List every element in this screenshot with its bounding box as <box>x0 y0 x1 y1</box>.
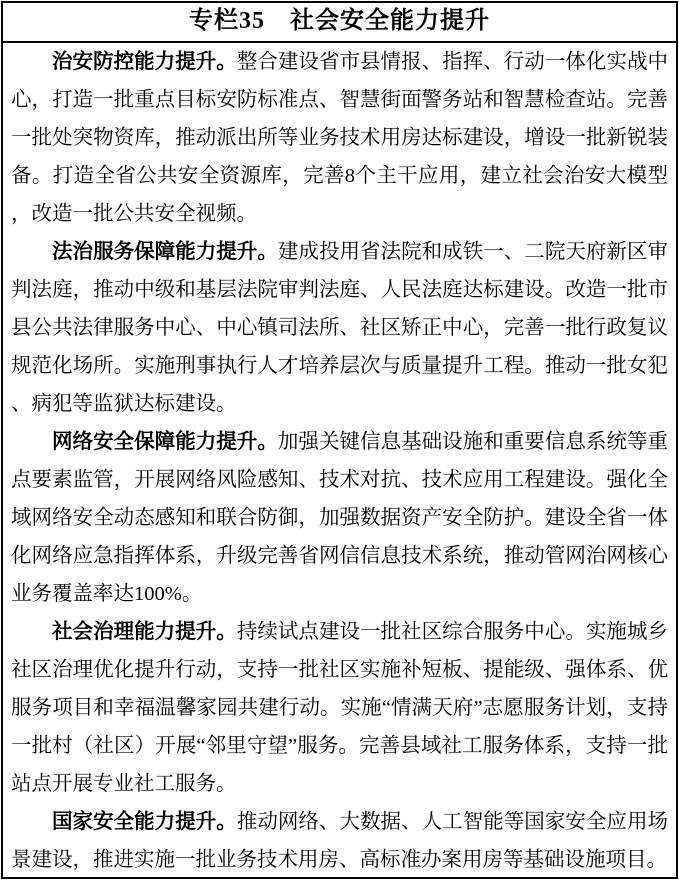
paragraph-text: 建成投用省法院和成铁一、二院天府新区审判法庭，推动中级和基层法院审判法庭、人民法… <box>11 241 668 415</box>
paragraph-cyber-security: 网络安全保障能力提升。加强关键信息基础设施和重要信息系统等重点要素监管，开展网络… <box>11 423 668 613</box>
paragraph-text: 整合建设省市县情报、指挥、行动一体化实战中心，打造一批重点目标安防标准点、智慧街… <box>11 51 668 225</box>
paragraph-public-security: 治安防控能力提升。整合建设省市县情报、指挥、行动一体化实战中心，打造一批重点目标… <box>11 43 668 233</box>
panel-body: 治安防控能力提升。整合建设省市县情报、指挥、行动一体化实战中心，打造一批重点目标… <box>3 43 676 880</box>
paragraph-social-governance: 社会治理能力提升。持续试点建设一批社区综合服务中心。实施城乡社区治理优化提升行动… <box>11 613 668 803</box>
panel-title-text: 专栏35 社会安全能力提升 <box>189 8 490 34</box>
panel-title: 专栏35 社会安全能力提升 <box>3 3 676 43</box>
paragraph-lead: 法治服务保障能力提升。 <box>52 241 278 263</box>
paragraph-national-security: 国家安全能力提升。推动网络、大数据、人工智能等国家安全应用场景建设，推进实施一批… <box>11 803 668 879</box>
paragraph-lead: 网络安全保障能力提升。 <box>52 431 278 453</box>
paragraph-rule-of-law: 法治服务保障能力提升。建成投用省法院和成铁一、二院天府新区审判法庭，推动中级和基… <box>11 233 668 423</box>
column-box: 专栏35 社会安全能力提升 治安防控能力提升。整合建设省市县情报、指挥、行动一体… <box>1 1 678 879</box>
paragraph-lead: 社会治理能力提升。 <box>52 621 237 643</box>
paragraph-text: 加强关键信息基础设施和重要信息系统等重点要素监管，开展网络风险感知、技术对抗、技… <box>11 431 668 605</box>
paragraph-lead: 国家安全能力提升。 <box>52 811 237 833</box>
paragraph-lead: 治安防控能力提升。 <box>52 51 237 73</box>
paragraph-text: 持续试点建设一批社区综合服务中心。实施城乡社区治理优化提升行动，支持一批社区实施… <box>11 621 668 795</box>
